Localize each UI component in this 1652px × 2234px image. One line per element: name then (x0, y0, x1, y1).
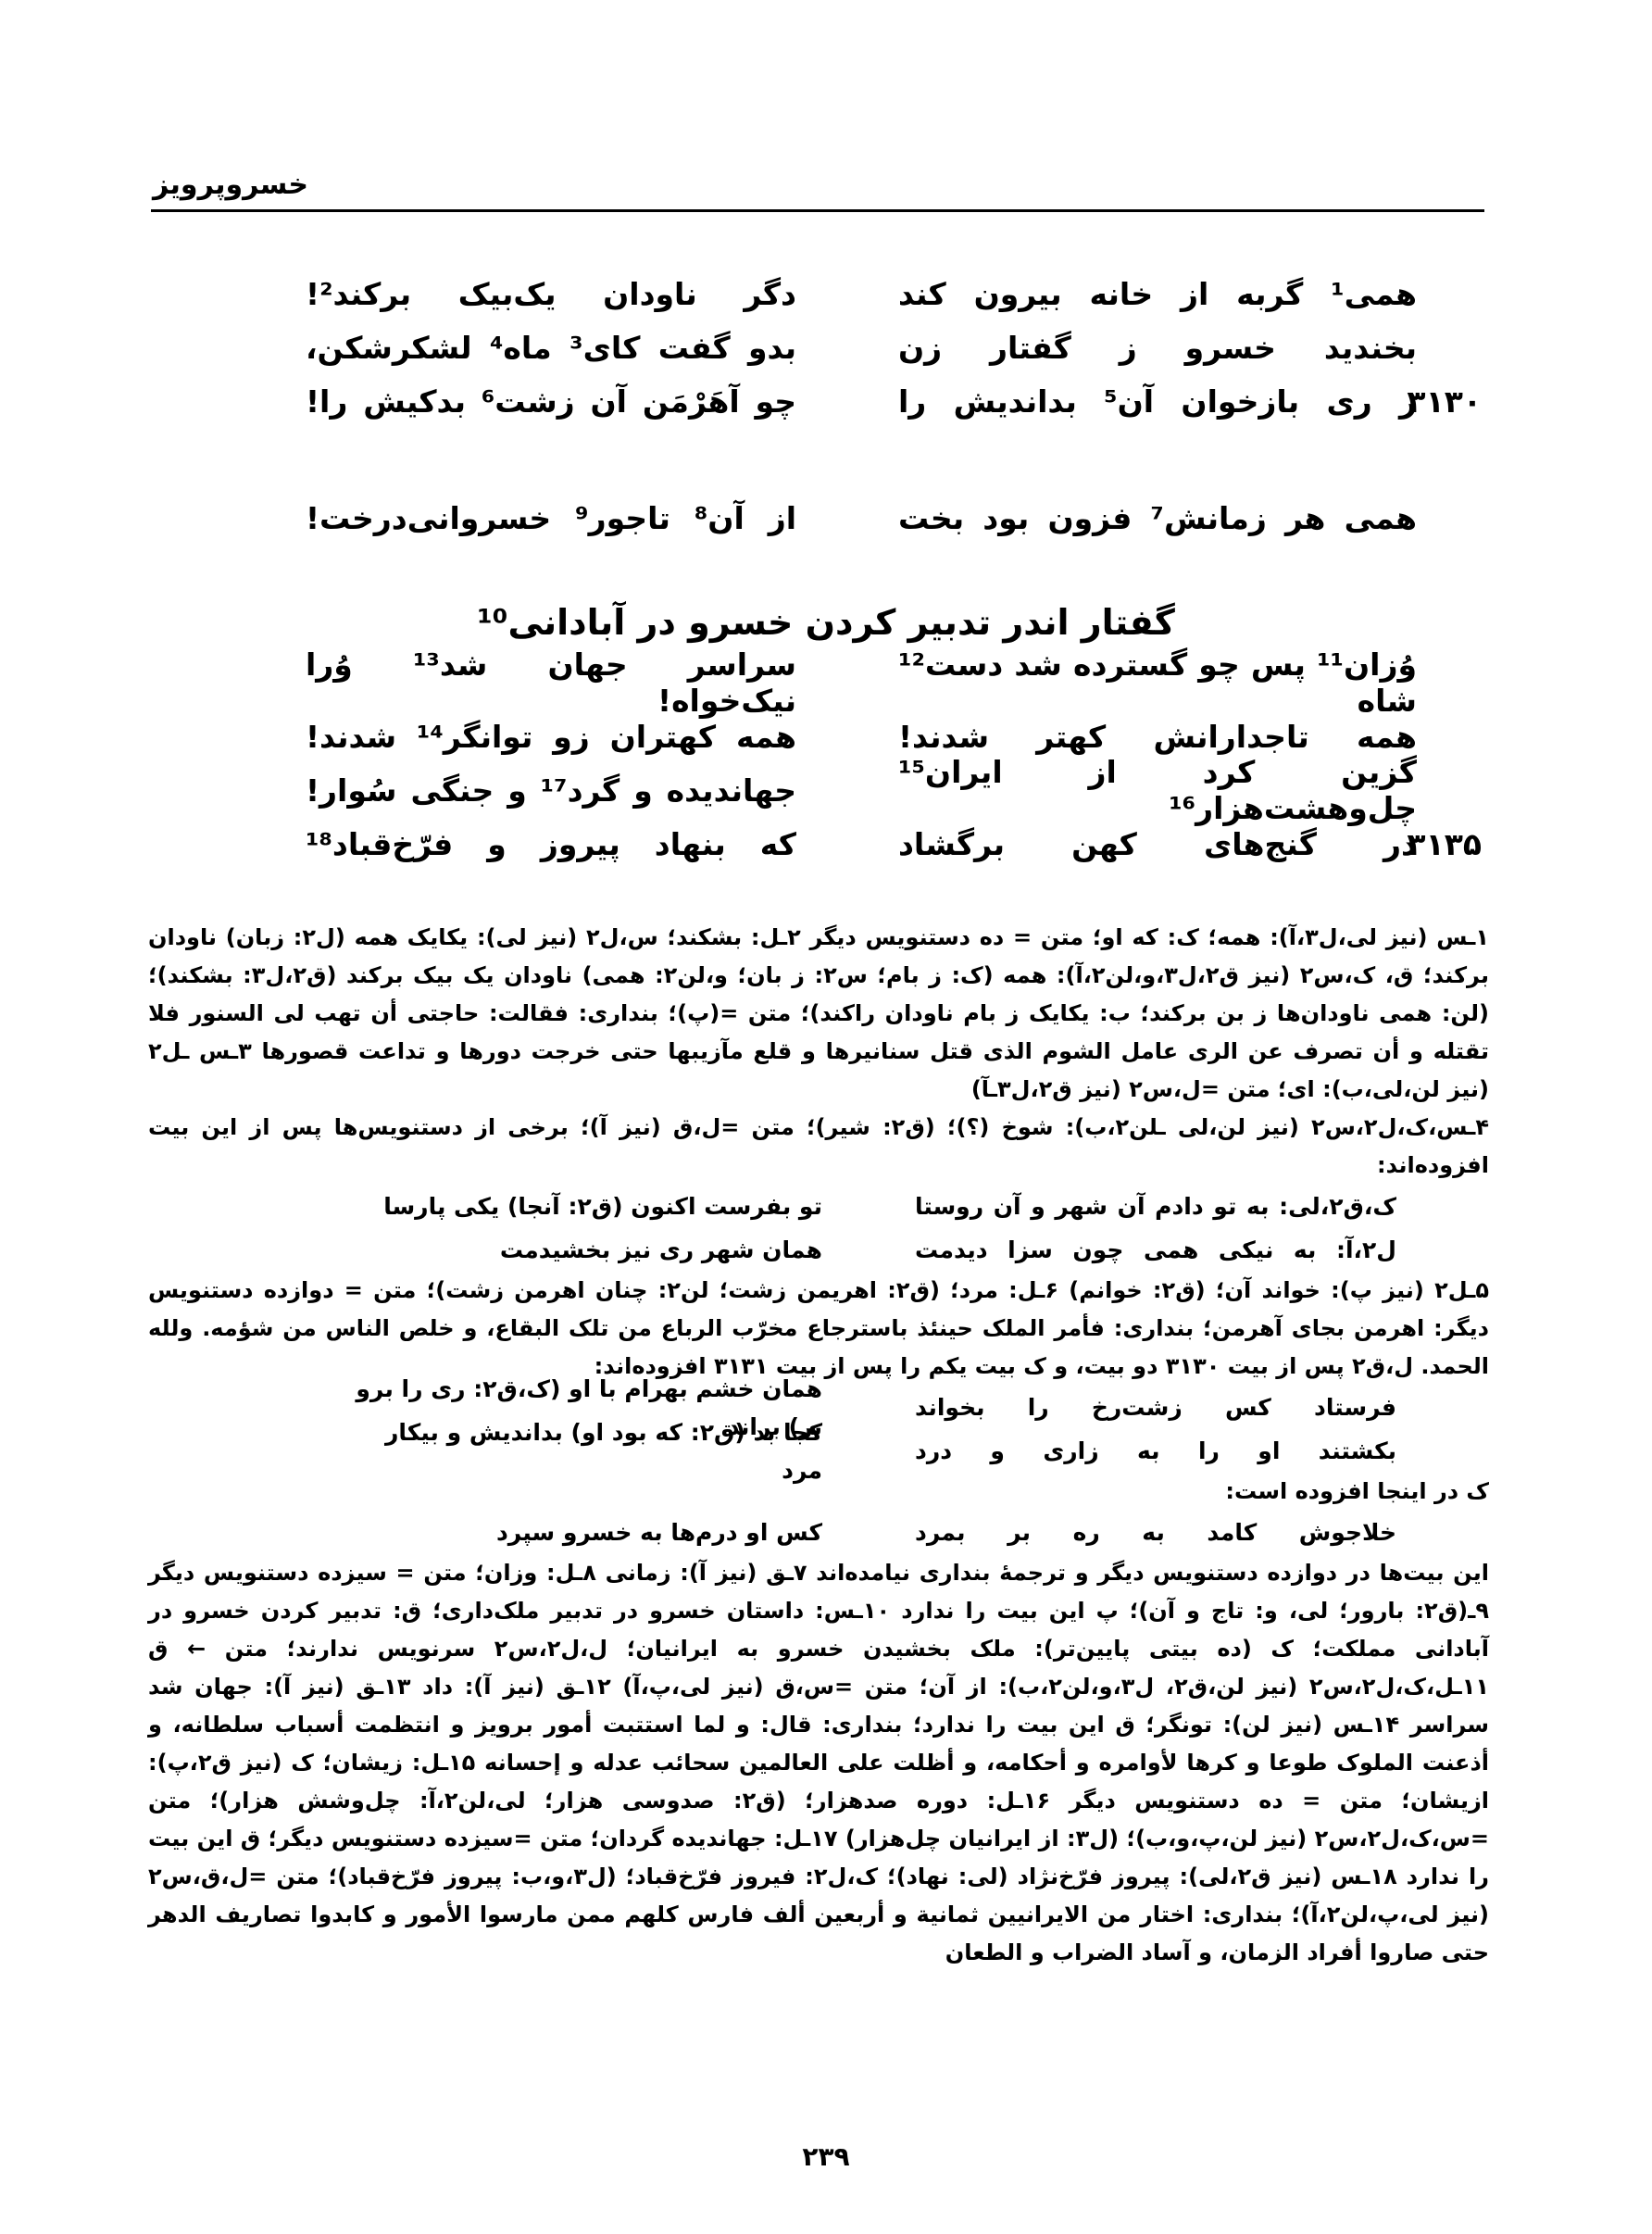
footnote-verse: ل۲،آ: به نیکی همی چون سزا دیدمت همان شهر… (148, 1228, 1489, 1272)
verse-row: ۳۱۳۰ ز ری بازخوان آن⁵ بداندیش را چو آهَر… (259, 374, 1482, 428)
verses-block-1: همی¹ گربه از خانه بیرون کند دگر ناودان ی… (259, 267, 1482, 428)
second-hemistich: همه کهتران زو توانگر¹⁴ شدند! (306, 719, 796, 755)
verse-row: گزین کرد از ایران¹⁵ چل‌وهشت‌هزار¹⁶ جهاند… (259, 763, 1482, 817)
running-head: خسروپرویز (153, 169, 308, 201)
second-hemistich: تو بفرست اکنون (ق۲: آنجا) یکی پارسا (341, 1187, 822, 1225)
first-hemistich: فرستاد کس زشت‌رخ را بخواند (915, 1388, 1396, 1426)
first-hemistich: گزین کرد از ایران¹⁵ چل‌وهشت‌هزار¹⁶ (898, 754, 1417, 826)
second-hemistich: همان شهر ری نیز بخشیدمت (341, 1231, 822, 1269)
verse-number: ۳۱۳۵ (1417, 826, 1482, 862)
verse-row: همی¹ گربه از خانه بیرون کند دگر ناودان ی… (259, 267, 1482, 320)
footnote-verse: بکشتند او را به زاری و درد کجا بد (ق۲: ک… (148, 1429, 1489, 1473)
section-title: گفتار اندر تدبیر کردن خسرو در آبادانی¹⁰ (0, 602, 1652, 643)
footnotes: ۱ـس (نیز لی،ل۳،آ): همه؛ ک: که او؛ متن = … (148, 919, 1489, 1972)
second-hemistich: کس او درم‌ها به خسرو سپرد (341, 1513, 822, 1551)
footnote-paragraph: ۴ـس،ک،ل۲،س۲ (نیز لن،لی ـلن۲،ب): شوخ (؟)؛… (148, 1109, 1489, 1185)
first-hemistich: خلاجوش کامد به ره بر بمرد (915, 1513, 1396, 1551)
second-hemistich: کجا بد (ق۲: که بود او) بداندیش و بیکار م… (341, 1413, 822, 1489)
first-hemistich: وُزان¹¹ پس چو گسترده شد دست¹² شاه (898, 646, 1417, 719)
verses-block-3: وُزان¹¹ پس چو گسترده شد دست¹² شاه سراسر … (259, 656, 1482, 871)
first-hemistich: ک،ق۲،لی: به تو دادم آن شهر و آن روستا (915, 1187, 1396, 1225)
second-hemistich: از آن⁸ تاجور⁹ خسروانی‌درخت! (306, 500, 796, 536)
first-hemistich: بخندید خسرو ز گفتار زن (898, 330, 1417, 366)
footnote-paragraph: ۱ـس (نیز لی،ل۳،آ): همه؛ ک: که او؛ متن = … (148, 919, 1489, 1109)
footnote-verse: ک،ق۲،لی: به تو دادم آن شهر و آن روستا تو… (148, 1185, 1489, 1228)
second-hemistich: دگر ناودان یک‌بیک برکند²! (306, 276, 796, 312)
book-page: خسروپرویز همی¹ گربه از خانه بیرون کند دگ… (0, 0, 1652, 2234)
verse-row: وُزان¹¹ پس چو گسترده شد دست¹² شاه سراسر … (259, 656, 1482, 709)
second-hemistich: سراسر جهان شد¹³ وُرا نیک‌خواه! (306, 646, 796, 719)
first-hemistich: در گنج‌های کهن برگشاد (898, 826, 1417, 862)
header-rule-divider (151, 209, 1484, 212)
verses-block-2: همی هر زمانش⁷ فزون بود بخت از آن⁸ تاجور⁹… (259, 491, 1482, 545)
first-hemistich: همی هر زمانش⁷ فزون بود بخت (898, 500, 1417, 536)
footnote-paragraph: این بیت‌ها در دوازده دستنویس دیگر و ترجم… (148, 1554, 1489, 1972)
second-hemistich: چو آهَرْمَن آن زشت⁶ بدکیش را! (306, 383, 796, 420)
first-hemistich: همه تاجدارانش کهتر شدند! (898, 719, 1417, 755)
footnote-verse: خلاجوش کامد به ره بر بمرد کس او درم‌ها ب… (148, 1511, 1489, 1554)
second-hemistich: بدو گفت کای³ ماه⁴ لشکرشکن، (306, 330, 796, 366)
verse-number: ۳۱۳۰ (1417, 383, 1482, 420)
second-hemistich: جهاندیده و گرد¹⁷ و جنگی سُوار! (306, 772, 796, 809)
verse-row: ۳۱۳۵ در گنج‌های کهن برگشاد که بنهاد پیرو… (259, 817, 1482, 871)
first-hemistich: بکشتند او را به زاری و درد (915, 1432, 1396, 1470)
first-hemistich: ز ری بازخوان آن⁵ بداندیش را (898, 383, 1417, 420)
page-number: ۲۳۹ (0, 2141, 1652, 2172)
first-hemistich: ل۲،آ: به نیکی همی چون سزا دیدمت (915, 1231, 1396, 1269)
verse-row: همی هر زمانش⁷ فزون بود بخت از آن⁸ تاجور⁹… (259, 491, 1482, 545)
first-hemistich: همی¹ گربه از خانه بیرون کند (898, 276, 1417, 312)
verse-row: بخندید خسرو ز گفتار زن بدو گفت کای³ ماه⁴… (259, 320, 1482, 374)
second-hemistich: که بنهاد پیروز و فرّخ‌قباد¹⁸ (306, 826, 796, 862)
